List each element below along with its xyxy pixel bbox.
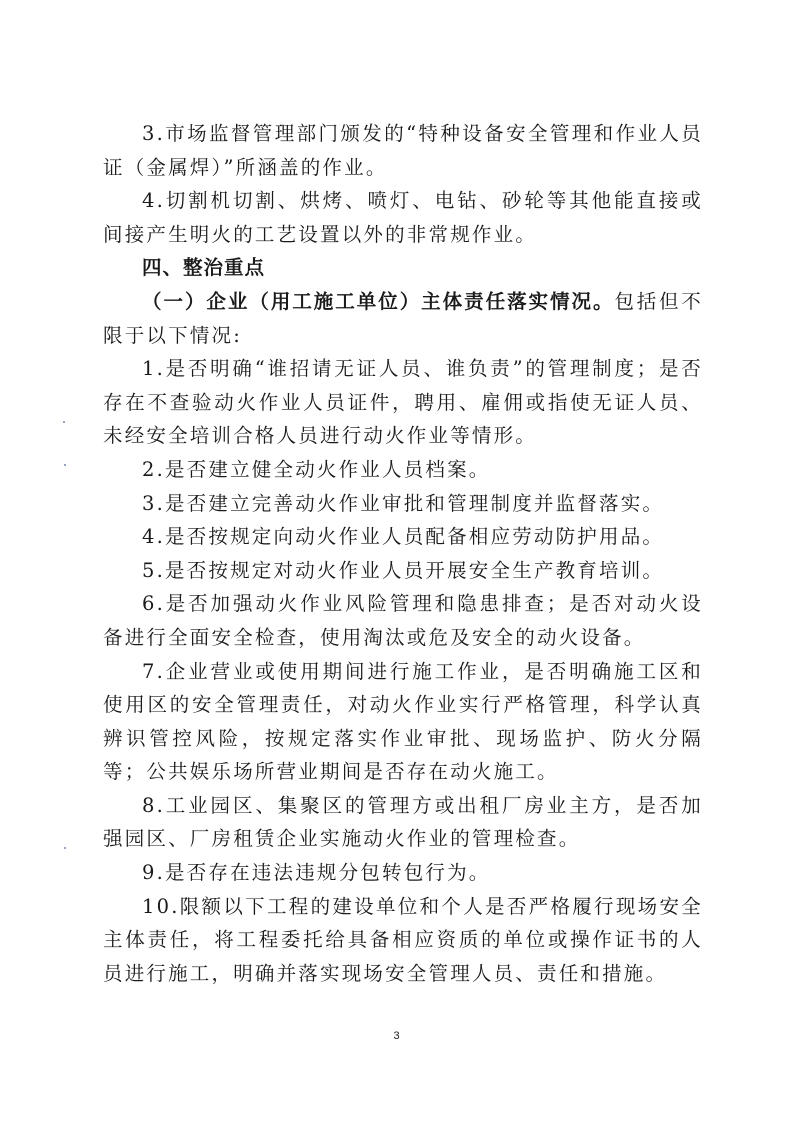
list-item-8: 8.工业园区、集聚区的管理方或出租厂房业主方，是否加强园区、厂房租赁企业实施动火… [103,789,703,856]
list-item-9: 9.是否存在违法违规分包转包行为。 [103,856,703,890]
list-item-6: 6.是否加强动火作业风险管理和隐患排查；是否对动火设备进行全面安全检查，使用淘汰… [103,587,703,654]
scan-mark [64,847,66,849]
paragraph-item-4: 4.切割机切割、烘烤、喷灯、电钻、砂轮等其他能直接或间接产生明火的工艺设置以外的… [103,184,703,251]
subsection-paragraph: （一）企业（用工施工单位）主体责任落实情况。包括但不限于以下情况: [103,285,703,352]
scan-mark [63,421,65,423]
document-page: 3.市场监督管理部门颁发的“特种设备安全管理和作业人员证（金属焊）”所涵盖的作业… [103,117,703,990]
list-item-2: 2.是否建立健全动火作业人员档案。 [103,453,703,487]
section-heading: 四、整治重点 [103,251,703,285]
subsection-title: （一）企业（用工施工单位）主体责任落实情况。 [142,290,614,313]
list-item-1: 1.是否明确“谁招请无证人员、谁负责”的管理制度；是否存在不查验动火作业人员证件… [103,352,703,453]
list-item-3: 3.是否建立完善动火作业审批和管理制度并监督落实。 [103,487,703,521]
scan-mark [64,464,66,466]
paragraph-item-3: 3.市场监督管理部门颁发的“特种设备安全管理和作业人员证（金属焊）”所涵盖的作业… [103,117,703,184]
page-number: 3 [0,1030,793,1042]
list-item-7: 7.企业营业或使用期间进行施工作业，是否明确施工区和使用区的安全管理责任，对动火… [103,655,703,789]
list-item-5: 5.是否按规定对动火作业人员开展安全生产教育培训。 [103,554,703,588]
list-item-4: 4.是否按规定向动火作业人员配备相应劳动防护用品。 [103,520,703,554]
list-item-10: 10.限额以下工程的建设单位和个人是否严格履行现场安全主体责任，将工程委托给具备… [103,890,703,991]
